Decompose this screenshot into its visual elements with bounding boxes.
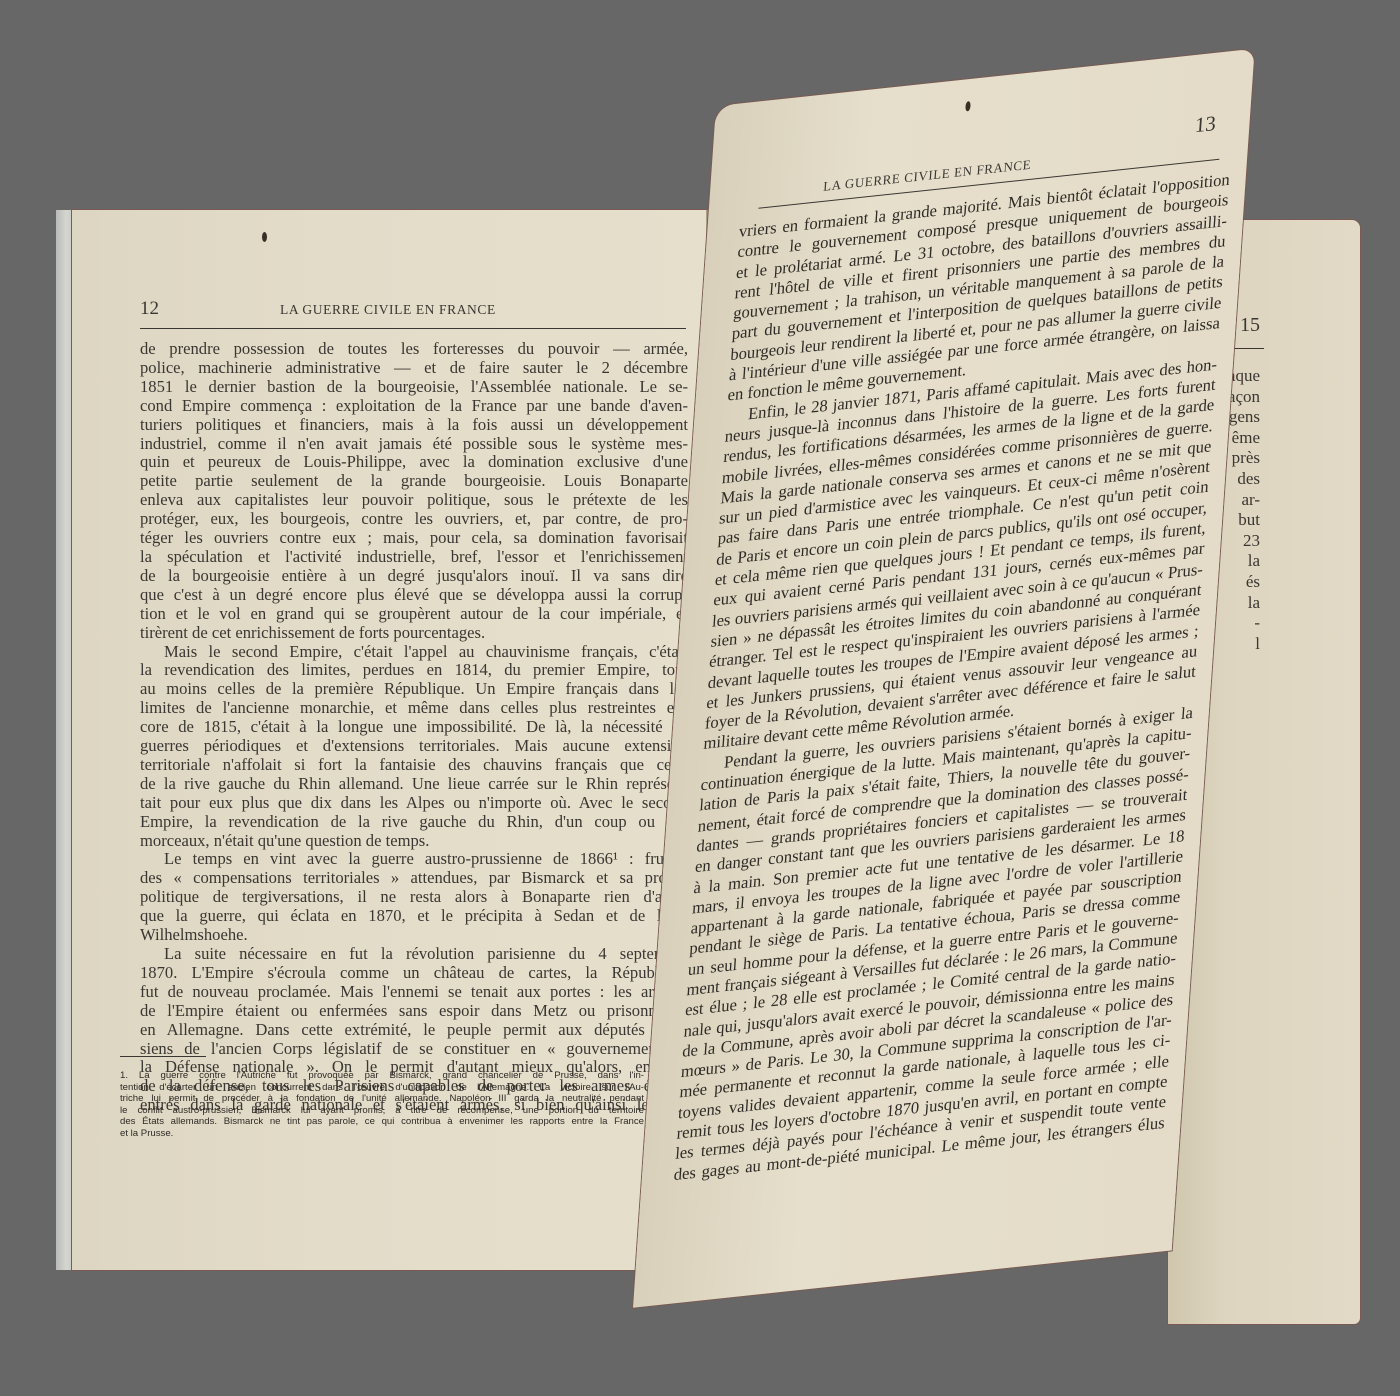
page-number: 12 [140, 298, 159, 320]
text-line: Wilhelmshoehe. [140, 926, 688, 945]
text-line: morceaux, n'était qu'une question de tem… [140, 832, 688, 851]
running-title: LA GUERRE CIVILE EN FRANCE [280, 302, 496, 318]
page-13-body-text: vriers en formaient la grande majorité. … [673, 170, 1230, 1186]
text-line: La suite nécessaire en fut la révolution… [140, 945, 688, 964]
text-line: turiers politiques et financiers, mais à… [140, 416, 688, 435]
page-number: 15 [1240, 314, 1260, 337]
footnote-line: le conflit austro-prussien, Bismarck lui… [120, 1105, 644, 1117]
text-line: cond Empire commença : exploitation de l… [140, 397, 688, 416]
text-line: fut de nouveau proclamée. Mais l'ennemi … [140, 983, 688, 1002]
text-line: protéger, eux, les bourgeois, contre les… [140, 510, 688, 529]
text-line: industriel, comme il n'en avait jamais é… [140, 435, 688, 454]
footnote-rule [120, 1056, 206, 1057]
text-line: Le temps en vint avec la guerre austro-p… [140, 850, 688, 869]
running-header: 12 LA GUERRE CIVILE EN FRANCE [140, 298, 686, 328]
footnote-line: et la Prusse. [120, 1128, 644, 1140]
text-line: de la bourgeoisie entière à un degré jus… [140, 567, 688, 586]
binding-hole [262, 232, 267, 242]
text-line: politique de tergiversations, il ne rest… [140, 888, 688, 907]
text-line: des « compensations territoriales » atte… [140, 869, 688, 888]
text-line: de prendre possession de toutes les fort… [140, 340, 688, 359]
text-line: Mais le second Empire, c'était l'appel a… [140, 643, 688, 662]
text-line: en Allemagne. Dans cette extrémité, le p… [140, 1021, 688, 1040]
text-line: police, machinerie administrative — et d… [140, 359, 688, 378]
text-line: siens de l'ancien Corps législatif de se… [140, 1040, 688, 1059]
text-line: tirèrent de cet enrichissement de forts … [140, 624, 688, 643]
text-line: territoriale n'affolait si fort la fanta… [140, 756, 688, 775]
page-number: 13 [1194, 111, 1217, 138]
text-line: au moins celles de la première Républiqu… [140, 680, 688, 699]
text-line: enleva aux capitalistes leur pouvoir pol… [140, 491, 688, 510]
text-line: petite partie seulement de la grande bou… [140, 472, 688, 491]
text-line: que c'est à un degré encore plus élevé q… [140, 586, 688, 605]
text-line: tait pour eux plus que dix dans les Alpe… [140, 794, 688, 813]
footnote-line: tention d'écarter un ancien concurrent d… [120, 1082, 644, 1094]
text-line: de l'Empire étaient ou enfermées sans es… [140, 1002, 688, 1021]
text-line: core de 1815, c'était à la longue une im… [140, 718, 688, 737]
text-line: limites de l'ancienne monarchie, et même… [140, 699, 688, 718]
text-line: de la rive gauche du Rhin allemand. Une … [140, 775, 688, 794]
binding-hole [965, 101, 971, 112]
text-line: Empire, la revendication de la rive gauc… [140, 813, 688, 832]
page-12-body-text: de prendre possession de toutes les fort… [140, 340, 688, 1115]
page-13: LA GUERRE CIVILE EN FRANCE 13 vriers en … [633, 49, 1255, 1308]
text-line: 1851 le dernier bastion de la bourgeoisi… [140, 378, 688, 397]
footnote: 1. La guerre contre l'Autriche fut provo… [120, 1070, 644, 1139]
footnote-line: triche lui permit de procéder à la fonda… [120, 1093, 644, 1105]
footnote-line: des États allemands. Bismarck ne tint pa… [120, 1116, 644, 1128]
header-rule [140, 328, 686, 329]
text-line: tion et le vol en grand qui se groupèren… [140, 605, 688, 624]
text-line: 1870. L'Empire s'écroula comme un châtea… [140, 964, 688, 983]
text-line: quin et peureux de Louis-Philippe, avec … [140, 453, 688, 472]
text-line: la revendication des limites, perdues en… [140, 661, 688, 680]
text-line: que la guerre, qui éclata en 1870, et le… [140, 907, 688, 926]
footnote-line: 1. La guerre contre l'Autriche fut provo… [120, 1070, 644, 1082]
page-12: 12 LA GUERRE CIVILE EN FRANCE de prendre… [72, 210, 708, 1270]
text-line: guerres périodiques et d'extensions terr… [140, 737, 688, 756]
text-line: la spéculation et l'activité industriell… [140, 548, 688, 567]
text-line: téger les ouvriers contre eux ; mais, po… [140, 529, 688, 548]
